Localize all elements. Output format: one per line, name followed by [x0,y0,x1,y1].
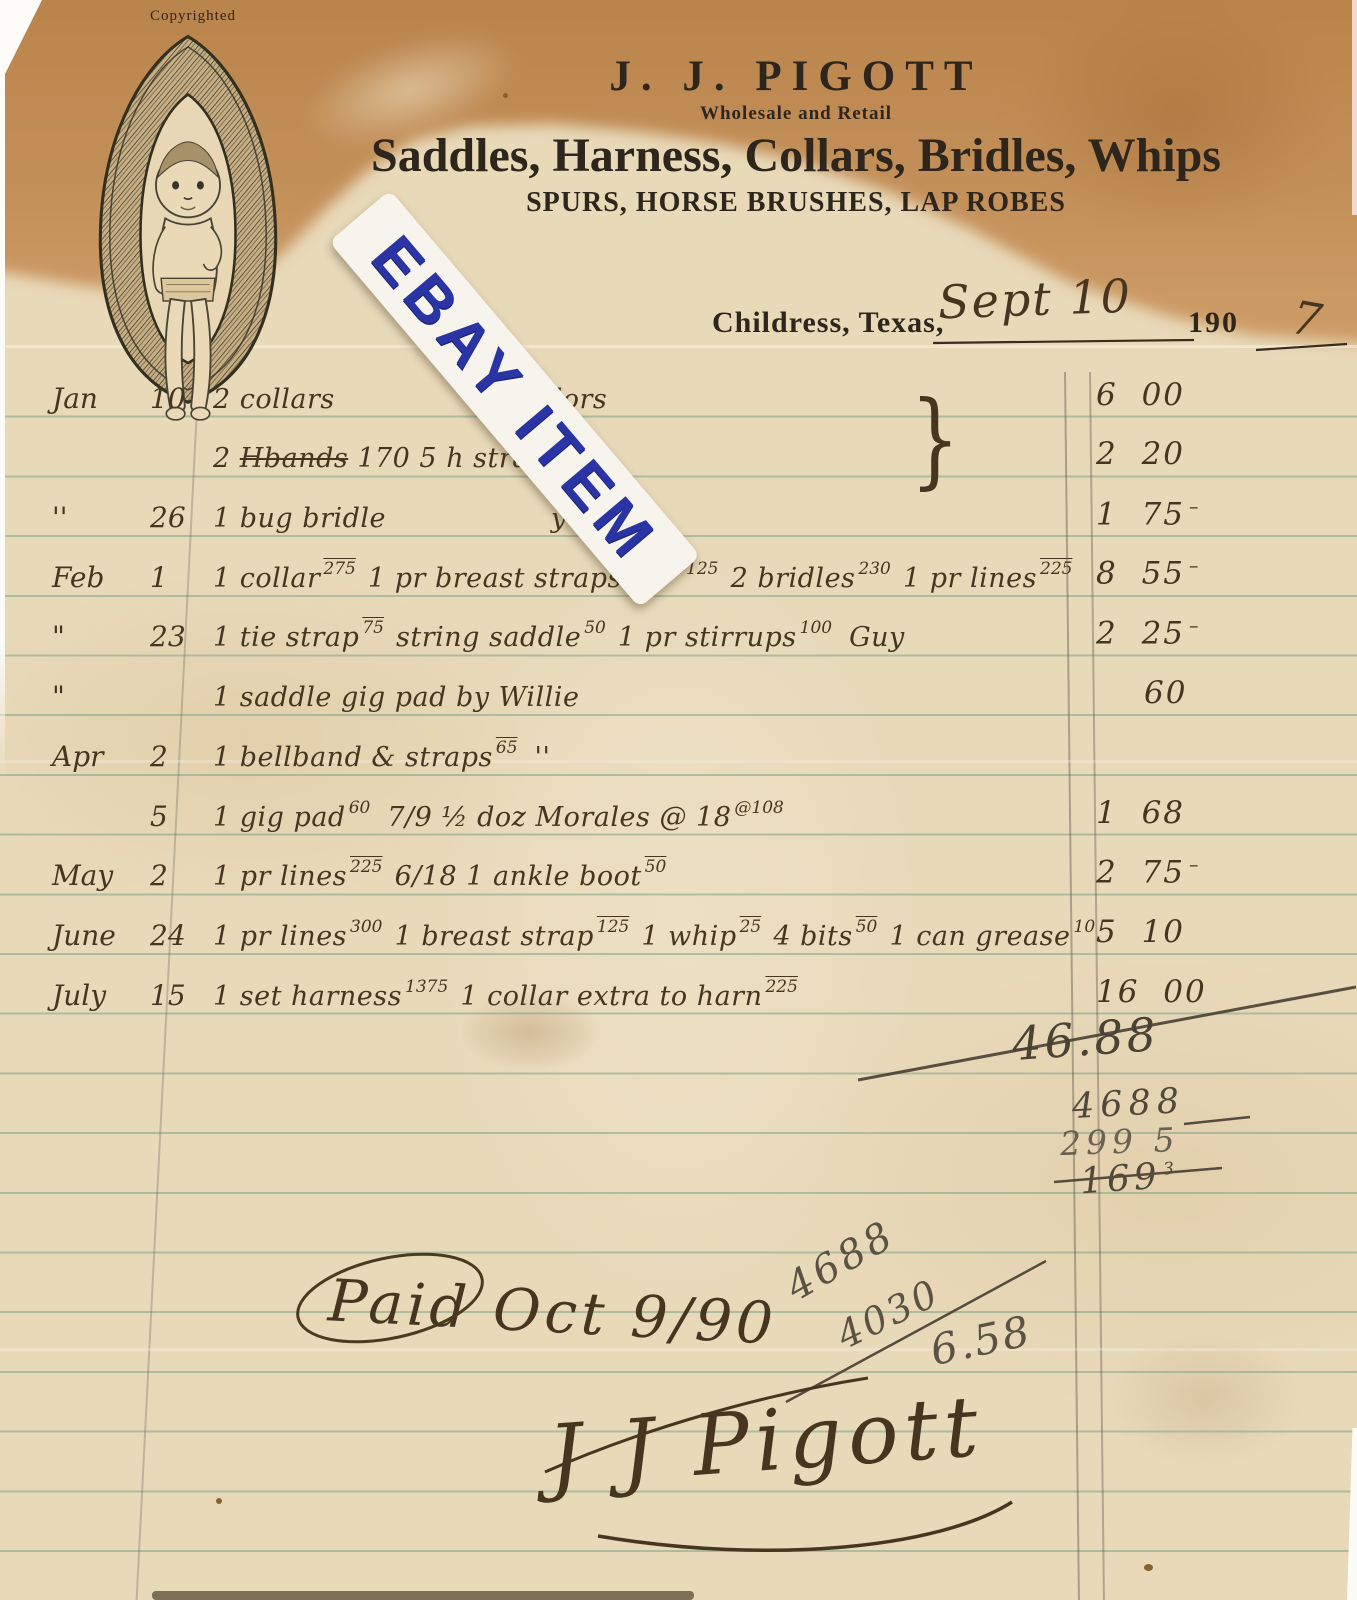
entry-month: " [52,620,65,653]
entry-month: Apr [52,740,104,773]
year-printed: 190 [1188,306,1239,340]
entry-day: 26 [150,501,186,534]
entry-day: 10 [150,382,186,415]
grouping-brace: } [910,378,960,500]
entry-month: May [52,859,113,892]
copyright-note: Copyrighted [150,8,236,25]
entry-description: 1 pr lines225 6/18 1 ankle boot50 [213,861,669,892]
fox-spot [1144,1564,1153,1571]
products-sub-line: SPURS, HORSE BRUSHES, LAP ROBES [340,187,1252,219]
entry-description: 1 tie strap75 string saddle50 1 pr stirr… [213,622,905,653]
billhead-scan: Copyrighted J. J. PIGOTT Wholesale and R… [0,0,1357,1600]
products-main-line: Saddles, Harness, Collars, Bridles, Whip… [340,128,1252,183]
ledger-row: May21 pr lines225 6/18 1 ankle boot502 7… [0,835,1357,895]
entry-amount: 1 68 [1096,795,1185,831]
entry-amount: 8 55– [1096,555,1201,591]
letterhead: J. J. PIGOTT Wholesale and Retail Saddle… [340,52,1252,219]
entry-day: 2 [150,740,168,773]
entry-day: 23 [150,620,186,653]
entry-amount: 2 20 [1096,436,1185,472]
entry-month: Jan [52,382,98,415]
entry-day: 24 [150,919,186,952]
fold-crease [0,345,1357,348]
entry-amount: 5 10 [1096,914,1185,950]
scan-edge-right-top [1352,0,1357,215]
entry-month: '' [52,501,67,534]
ledger-row: June241 pr lines300 1 breast strap125 1 … [0,894,1357,954]
entry-amount: 1 75– [1096,496,1201,532]
entry-amount: 2 75– [1096,854,1201,890]
struck-total: 46.88 [1010,1007,1160,1071]
ledger-row: "231 tie strap75 string saddle50 1 pr st… [0,596,1357,656]
entry-month: June [52,919,116,952]
ledger-entries: Jan102 collars Matadors6 002 Hbands 170 … [0,357,1357,1014]
entry-amount: 6 00 [1096,377,1185,413]
entry-amount: 60 [1096,675,1187,711]
balance-figure: 1693 [1079,1155,1179,1203]
ledger-row: 51 gig pad60 7/9 ½ doz Morales @ 18@1081… [0,775,1357,835]
entry-amount: 2 25– [1096,615,1201,651]
place-line: Childress, Texas, [712,306,944,340]
entry-description: 1 bellband & straps65 '' [213,742,550,773]
ledger-row: "1 saddle gig pad by Willie60 [0,655,1357,715]
entry-day: 1 [150,561,168,594]
scan-edge-bottom [152,1591,694,1600]
ledger-row: Apr21 bellband & straps65 '' [0,715,1357,775]
entry-month: July [52,979,106,1012]
entry-day: 2 [150,859,168,892]
entry-month: Feb [52,561,104,594]
entry-amount: 16 00 [1096,974,1207,1010]
entry-description: 1 gig pad60 7/9 ½ doz Morales @ 18@108 [213,802,787,833]
ledger-row: 2 Hbands 170 5 h straps2 20 [0,417,1357,477]
entry-description: 1 set harness1375 1 collar extra to harn… [213,981,801,1012]
entry-day: 15 [150,979,186,1012]
fox-spot [216,1498,222,1504]
entry-day: 5 [150,800,168,833]
trade-line: Wholesale and Retail [340,103,1252,125]
ledger-row: Jan102 collars Matadors6 00 [0,357,1357,417]
entry-description: 1 pr lines300 1 breast strap125 1 whip25… [213,921,1098,952]
company-name: J. J. PIGOTT [340,52,1252,101]
ledger-row: ''261 bug bridle y1 75– [0,476,1357,536]
entry-description: 1 saddle gig pad by Willie [213,682,579,713]
handwritten-date: Sept 10 [937,269,1133,330]
entry-description: 1 bug bridle y [213,503,567,534]
entry-month: " [52,680,65,713]
ledger-row: July151 set harness1375 1 collar extra t… [0,954,1357,1014]
